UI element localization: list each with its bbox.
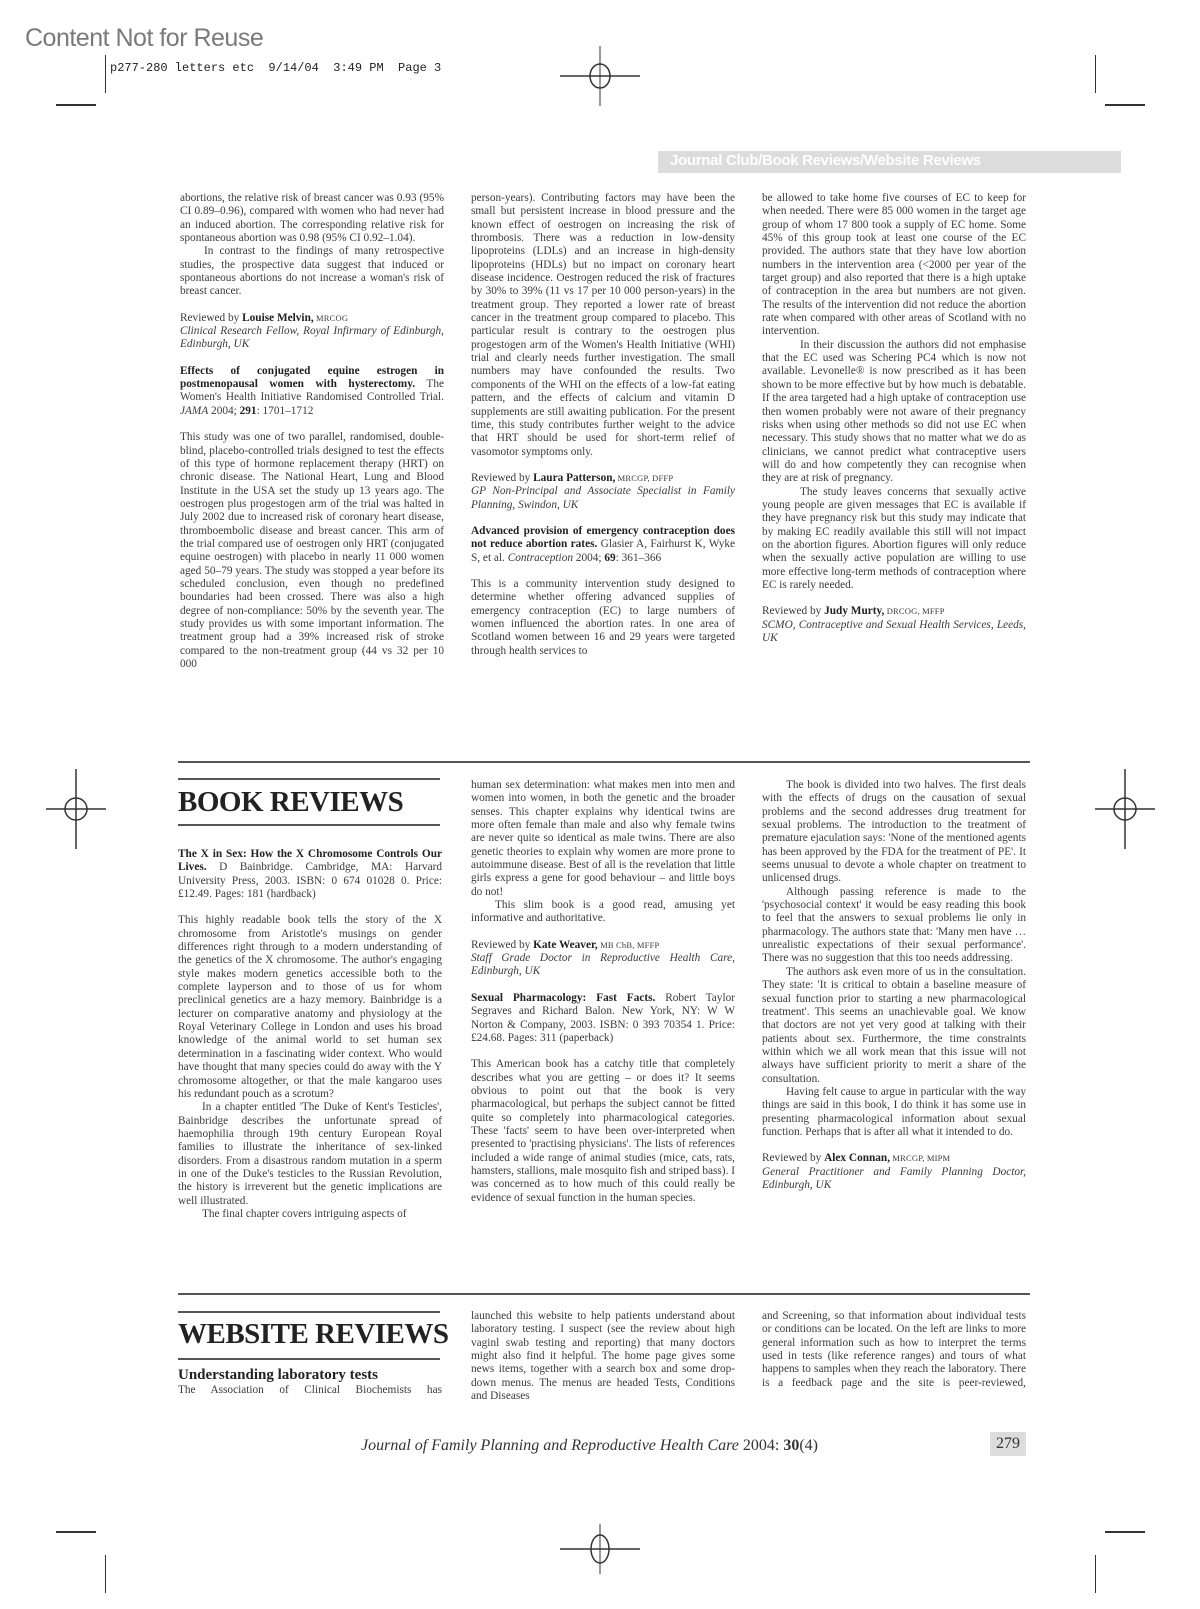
- paragraph: and Screening, so that information about…: [762, 1310, 1026, 1390]
- paragraph: The Association of Clinical Biochemists …: [178, 1384, 442, 1397]
- crop-mark: [105, 55, 106, 93]
- paragraph: This study was one of two parallel, rand…: [180, 431, 444, 671]
- paragraph: The authors ask even more of us in the c…: [762, 966, 1026, 1086]
- paragraph: This is a community intervention study d…: [471, 578, 735, 658]
- page-number: 279: [990, 1432, 1026, 1456]
- journal-name: JAMA: [180, 405, 208, 417]
- crop-mark: [1095, 1555, 1096, 1593]
- book-title: Sexual Pharmacology: Fast Facts.: [471, 992, 655, 1004]
- reviewer-affiliation: General Practitioner and Family Planning…: [762, 1166, 1026, 1193]
- reviewer-affiliation: Clinical Research Fellow, Royal Infirmar…: [180, 325, 444, 352]
- paragraph: The final chapter covers intriguing aspe…: [178, 1208, 442, 1221]
- reviewer-qualifications: MRCGP, MIPM: [890, 1153, 950, 1163]
- reviewer-credit: Reviewed by Laura Patterson, MRCGP, DFFP: [471, 472, 735, 485]
- paragraph: In their discussion the authors did not …: [762, 339, 1026, 486]
- book-reviews-column-1: The X in Sex: How the X Chromosome Contr…: [178, 848, 442, 1221]
- book-reviews-column-3: The book is divided into two halves. The…: [762, 779, 1026, 1192]
- paragraph: The study leaves concerns that sexually …: [762, 486, 1026, 593]
- watermark: Content Not for Reuse: [25, 24, 263, 53]
- paragraph: The book is divided into two halves. The…: [762, 779, 1026, 886]
- book-citation: The X in Sex: How the X Chromosome Contr…: [178, 848, 442, 901]
- reviewer-credit: Reviewed by Alex Connan, MRCGP, MIPM: [762, 1152, 1026, 1165]
- reviewer-qualifications: DRCOG, MFFP: [884, 606, 944, 616]
- journal-name: Contraception: [508, 552, 573, 564]
- reviewer-name: Louise Melvin,: [242, 312, 314, 324]
- paragraph: person-years). Contributing factors may …: [471, 192, 735, 459]
- section-header-bar: Journal Club/Book Reviews/Website Review…: [658, 151, 1121, 173]
- crop-mark: [1105, 1531, 1145, 1533]
- reviewer-name: Laura Patterson,: [533, 472, 615, 484]
- website-reviews-column-3: and Screening, so that information about…: [762, 1310, 1026, 1390]
- reviewer-name: Kate Weaver,: [533, 939, 598, 951]
- reviewer-name: Judy Murty,: [824, 605, 884, 617]
- article-citation: Advanced provision of emergency contrace…: [471, 525, 735, 565]
- journal-club-column-3: be allowed to take home five courses of …: [762, 192, 1026, 645]
- reviewer-affiliation: Staff Grade Doctor in Reproductive Healt…: [471, 952, 735, 979]
- section-header-title: Journal Club/Book Reviews/Website Review…: [670, 152, 981, 169]
- paragraph: be allowed to take home five courses of …: [762, 192, 1026, 339]
- reviewer-credit: Reviewed by Kate Weaver, MB ChB, MFFP: [471, 939, 735, 952]
- paragraph: This slim book is a good read, amusing y…: [471, 899, 735, 926]
- reviewer-credit: Reviewed by Judy Murty, DRCOG, MFFP: [762, 605, 1026, 618]
- section-divider: [178, 761, 1030, 763]
- registration-mark-icon: [1085, 769, 1165, 849]
- crop-mark: [1095, 55, 1096, 93]
- reviewer-affiliation: GP Non-Principal and Associate Specialis…: [471, 485, 735, 512]
- paragraph: This American book has a catchy title th…: [471, 1058, 735, 1205]
- reviewer-qualifications: MRCGP, DFFP: [615, 473, 673, 483]
- journal-footer: Journal of Family Planning and Reproduct…: [361, 1437, 818, 1455]
- reviewer-qualifications: MRCOG: [314, 313, 349, 323]
- heading-rule-top: [178, 778, 440, 780]
- registration-mark-icon: [560, 36, 640, 116]
- paragraph: Although passing reference is made to th…: [762, 886, 1026, 966]
- paragraph: This highly readable book tells the stor…: [178, 914, 442, 1101]
- website-reviews-column-2: launched this website to help patients u…: [471, 1310, 735, 1403]
- registration-mark-icon: [36, 769, 116, 849]
- paragraph: Having felt cause to argue in particular…: [762, 1086, 1026, 1139]
- journal-issue: (4): [799, 1437, 818, 1454]
- print-slug: p277-280 letters etc 9/14/04 3:49 PM Pag…: [110, 61, 441, 75]
- heading-rule-bottom: [178, 824, 440, 826]
- reviewer-qualifications: MB ChB, MFFP: [598, 940, 660, 950]
- paragraph: In a chapter entitled 'The Duke of Kent'…: [178, 1101, 442, 1208]
- heading-rule-bottom: [178, 1358, 440, 1360]
- reviewer-affiliation: SCMO, Contraceptive and Sexual Health Se…: [762, 619, 1026, 646]
- website-reviews-heading: WEBSITE REVIEWS: [178, 1318, 449, 1351]
- journal-volume: 30: [783, 1437, 799, 1454]
- paragraph: abortions, the relative risk of breast c…: [180, 192, 444, 245]
- website-title: Understanding laboratory tests: [178, 1366, 442, 1384]
- registration-mark-icon: [560, 1509, 640, 1589]
- crop-mark: [105, 1555, 106, 1593]
- crop-mark: [56, 104, 96, 106]
- article-title: Effects of conjugated equine estrogen in…: [180, 365, 444, 390]
- journal-title: Journal of Family Planning and Reproduct…: [361, 1437, 739, 1454]
- crop-mark: [56, 1531, 96, 1533]
- reviewer-credit: Reviewed by Louise Melvin, MRCOG: [180, 312, 444, 325]
- book-citation: Sexual Pharmacology: Fast Facts. Robert …: [471, 992, 735, 1045]
- crop-mark: [1105, 104, 1145, 106]
- paragraph: In contrast to the findings of many retr…: [180, 245, 444, 298]
- article-citation: Effects of conjugated equine estrogen in…: [180, 365, 444, 418]
- journal-club-column-1: abortions, the relative risk of breast c…: [180, 192, 444, 671]
- website-reviews-column-1: Understanding laboratory tests The Assoc…: [178, 1366, 442, 1397]
- book-reviews-column-2: human sex determination: what makes men …: [471, 779, 735, 1205]
- book-details: D Bainbridge. Cambridge, MA: Harvard Uni…: [178, 861, 442, 900]
- paragraph: human sex determination: what makes men …: [471, 779, 735, 899]
- book-reviews-heading: BOOK REVIEWS: [178, 786, 403, 819]
- section-divider: [178, 1293, 1030, 1295]
- journal-club-column-2: person-years). Contributing factors may …: [471, 192, 735, 658]
- reviewer-name: Alex Connan,: [824, 1152, 890, 1164]
- paragraph: launched this website to help patients u…: [471, 1310, 735, 1403]
- heading-rule-top: [178, 1311, 440, 1313]
